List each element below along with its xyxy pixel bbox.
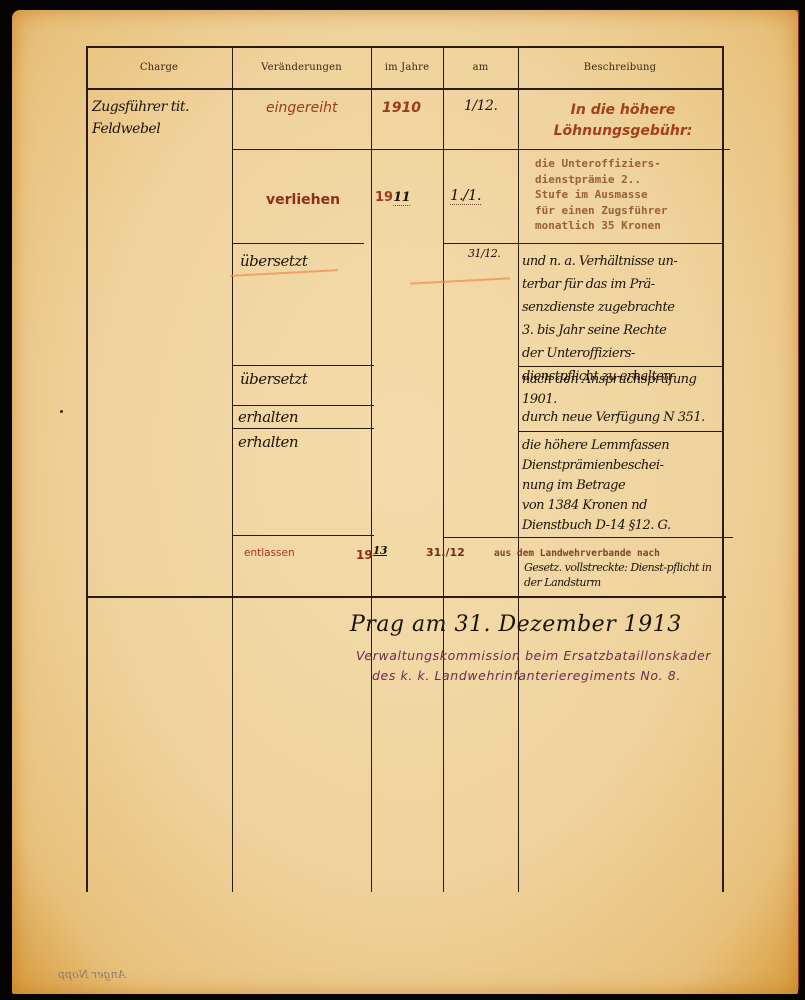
row-rule-2b (443, 243, 724, 244)
change-uebersetzt: übersetzt (240, 252, 307, 270)
change-uebersetzt: übersetzt (240, 370, 307, 388)
column-divider-4 (518, 46, 519, 892)
ink-dot (60, 410, 63, 413)
date-value: 1./1. (450, 186, 481, 205)
description-line: und n. a. Verhältnisse un- (522, 250, 722, 273)
header-charge: Charge (86, 62, 232, 73)
year-prefix: 19 (375, 190, 393, 205)
header-bottom-rule (86, 88, 724, 90)
commission-stamp-line-1: Verwaltungskommission beim Ersatzbataill… (356, 648, 711, 663)
table-border-left (86, 46, 88, 892)
row-rule-5b (518, 431, 724, 432)
column-divider-1 (232, 46, 233, 892)
description-stamp: aus dem Landwehrverbande nach (494, 547, 694, 560)
description-line: nach den Anspruchsprüfung (522, 370, 722, 390)
change-verliehen: verliehen (266, 192, 340, 208)
table-border-top (86, 46, 724, 48)
description-block: nach den Anspruchsprüfung 1901. (522, 370, 722, 410)
description-line: Stufe im Ausmasse (535, 187, 725, 203)
year-cell: 1910 (382, 100, 421, 116)
year-cell: 1913 (356, 544, 387, 562)
header-beschreibung: Beschreibung (518, 62, 722, 73)
description-stamp: In die höhere Löhnungsgebühr: (530, 100, 716, 142)
change-entlassen: entlassen (244, 547, 295, 559)
description-handwriting: Gesetz. vollstreckte: Dienst-pflicht in … (524, 560, 729, 590)
description-block: die Unteroffiziers- dienstprämie 2.. Stu… (535, 156, 725, 234)
description-line: Dienstbuch D-14 §12. G. (522, 516, 722, 536)
year-prefix: 19 (356, 548, 373, 562)
place-date-signature: Prag am 31. Dezember 1913 (350, 612, 682, 637)
change-eingereiht: eingereiht (266, 100, 338, 116)
header-veraenderungen: Veränderungen (232, 62, 371, 73)
description-line: nung im Betrage (522, 476, 722, 496)
description-line: monatlich 35 Kronen (535, 218, 725, 234)
description-line: durch neue Verfügung N 351. (522, 410, 722, 425)
description-line: Dienstprämienbeschei- (522, 456, 722, 476)
row-rule-7 (86, 596, 726, 598)
row-rule-3 (232, 365, 374, 366)
row-rule-6b (443, 537, 733, 538)
change-erhalten: erhalten (238, 408, 298, 426)
description-line: von 1384 Kronen nd (522, 496, 722, 516)
column-divider-3 (443, 46, 444, 892)
year-suffix: 11 (393, 190, 410, 206)
date-cell: 1./1. (450, 186, 481, 205)
description-line: für einen Zugsführer (535, 203, 725, 219)
description-line: 3. bis Jahr seine Rechte (522, 319, 722, 342)
description-block: die höhere Lemmfassen Dienstprämienbesch… (522, 436, 722, 536)
header-im-jahre: im Jahre (371, 62, 443, 73)
date-cell: 31/12. (468, 247, 500, 260)
description-line: 1901. (522, 390, 722, 410)
row-rule-6a (232, 535, 374, 536)
row-rule-4 (232, 405, 374, 406)
year-suffix: 13 (373, 544, 387, 557)
row-rule-1 (232, 149, 730, 150)
charge-cell: Zugsführer tit. Feldwebel (92, 96, 230, 140)
mirrored-bleed-through-note: Anger Nopp (58, 968, 126, 981)
description-block: und n. a. Verhältnisse un- terbar für da… (522, 250, 722, 388)
description-line: dienstprämie 2.. (535, 172, 725, 188)
header-am: am (443, 62, 518, 73)
row-rule-2a (232, 243, 364, 244)
description-line: die höhere Lemmfassen (522, 436, 722, 456)
description-line: senzdienste zugebrachte (522, 296, 722, 319)
description-line: die Unteroffiziers- (535, 156, 725, 172)
description-line: der Unteroffiziers- (522, 342, 722, 365)
description-line: terbar für das im Prä- (522, 273, 722, 296)
change-erhalten: erhalten (238, 433, 298, 451)
row-rule-5 (232, 428, 374, 429)
date-cell: 31./12 (426, 546, 465, 559)
year-cell: 1911 (375, 190, 410, 206)
commission-stamp-line-2: des k. k. Landwehrinfanterieregiments No… (372, 668, 681, 683)
column-divider-2 (371, 46, 372, 892)
date-cell: 1/12. (464, 98, 497, 114)
